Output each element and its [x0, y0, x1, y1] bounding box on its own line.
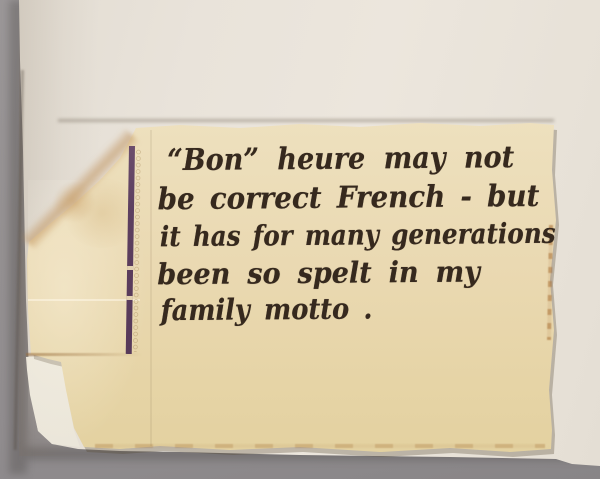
handwriting-line-5: family motto .: [160, 294, 372, 325]
handwriting: “Bon” heure may not be correct French - …: [0, 0, 600, 479]
handwriting-line-1: “Bon” heure may not: [167, 143, 514, 176]
photo-scene: “Bon” heure may not be correct French - …: [0, 0, 600, 479]
handwriting-line-2: be correct French - but: [158, 182, 540, 215]
handwriting-line-4: been so spelt in my: [157, 257, 480, 289]
handwriting-line-3: it has for many generations: [160, 220, 556, 251]
